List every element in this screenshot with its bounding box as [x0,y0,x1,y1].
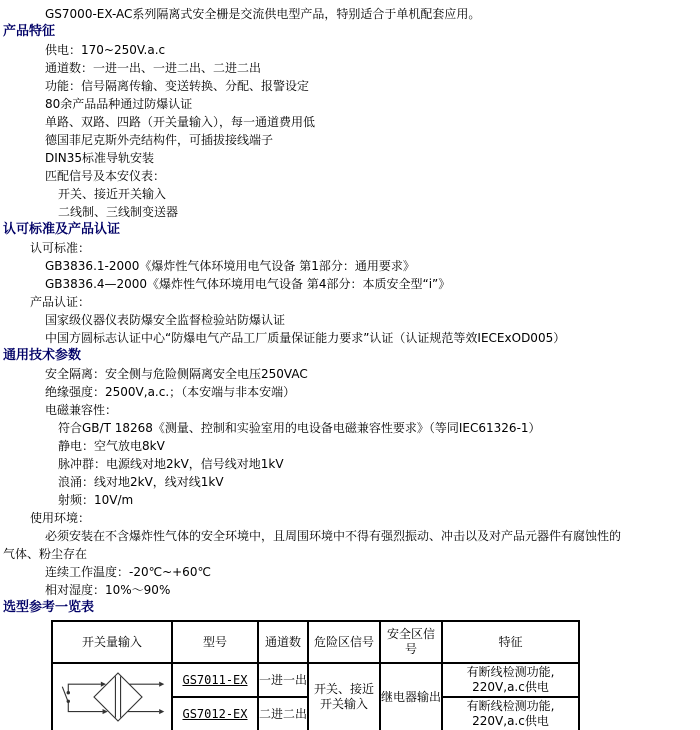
table-cell-safe-signal: 继电器输出 [380,663,442,730]
table-cell-feature: 有断线检测功能, 220V,a.c供电 [442,697,579,730]
table-cell-feature: 有断线检测功能, 220V,a.c供电 [442,663,579,697]
col-header-model: 型号 [172,621,258,663]
document-body: GS7000-EX-AC系列隔离式安全栅是交流供电型产品，特别适合于单机配套应用… [0,5,700,617]
doc-line: GB3836.1-2000《爆炸性气体环境用电气设备 第1部分：通用要求》 [0,257,700,275]
table-cell-channels: 一进一出 [258,663,308,697]
product-doc: GS7000-EX-AC系列隔离式安全栅是交流供电型产品，特别适合于单机配套应用… [0,0,700,730]
table-row: GS7011-EX 一进一出 开关、接近开关输入 继电器输出 有断线检测功能, … [52,663,579,697]
doc-line: 功能：信号隔离传输、变送转换、分配、报警设定 [0,77,700,95]
doc-line: 开关、接近开关输入 [0,185,700,203]
model-link[interactable]: GS7012-EX [172,697,258,730]
doc-line: 国家级仪器仪表防爆安全监督检验站防爆认证 [0,311,700,329]
col-header-hazard-signal: 危险区信号 [308,621,380,663]
section-heading: 认可标准及产品认证 [0,221,700,239]
table-cell-channels: 二进二出 [258,697,308,730]
doc-line: 脉冲群：电源线对地2kV，信号线对地1kV [0,455,700,473]
doc-line: 符合GB/T 18268《测量、控制和实验室用的电设备电磁兼容性要求》（等同IE… [0,419,700,437]
doc-line: 安全隔离：安全侧与危险侧隔离安全电压250VAC [0,365,700,383]
arrowhead-icon [159,682,164,687]
col-header-safe-signal: 安全区信号 [380,621,442,663]
arrowhead-icon [159,709,164,714]
input-line-bottom [68,701,102,711]
doc-line: 通道数：一进一出、一进二出、二进二出 [0,59,700,77]
col-header-channels: 通道数 [258,621,308,663]
doc-line: GB3836.4—2000《爆炸性气体环境用电气设备 第4部分：本质安全型“i”… [0,275,700,293]
isolation-diamond [94,673,142,721]
col-header-switch-input: 开关量输入 [52,621,172,663]
section-heading: 通用技术参数 [0,347,700,365]
doc-line: 连续工作温度：-20℃~+60℃ [0,563,700,581]
input-line-top [68,684,101,693]
doc-line: 使用环境： [0,509,700,527]
col-header-feature: 特征 [442,621,579,663]
switch-contact-icon [62,687,70,703]
section-heading: 选型参考一览表 [0,599,700,617]
doc-line: 绝缘强度：2500V,a.c.；（本安端与非本安端） [0,383,700,401]
doc-line: GS7000-EX-AC系列隔离式安全栅是交流供电型产品，特别适合于单机配套应用… [0,5,700,23]
section-heading: 产品特征 [0,23,700,41]
doc-line: 射频：10V/m [0,491,700,509]
table-cell-hazard-signal: 开关、接近开关输入 [308,663,380,730]
doc-line: 中国方圆标志认证中心“防爆电气产品工厂质量保证能力要求”认证（认证规范等效IEC… [0,329,700,347]
doc-line: 80余产品品种通过防爆认证 [0,95,700,113]
doc-line: 二线制、三线制变送器 [0,203,700,221]
doc-line: 认可标准： [0,239,700,257]
doc-line: 供电：170~250V.a.c [0,41,700,59]
doc-line: DIN35标准导轨安装 [0,149,700,167]
doc-line: 浪涌：线对地2kV，线对线1kV [0,473,700,491]
doc-line: 德国菲尼克斯外壳结构件，可插拔接线端子 [0,131,700,149]
table-header-row: 开关量输入 型号 通道数 危险区信号 安全区信号 特征 [52,621,579,663]
doc-line: 产品认证： [0,293,700,311]
barrier-diagram [55,667,169,727]
doc-line: 相对湿度：10%～90% [0,581,700,599]
doc-line: 静电：空气放电8kV [0,437,700,455]
model-link[interactable]: GS7011-EX [172,663,258,697]
doc-paragraph: 必须安装在不含爆炸性气体的安全环境中，且周围环境中不得有强烈振动、冲击以及对产品… [0,527,630,563]
diagram-cell [52,663,172,730]
doc-line: 电磁兼容性： [0,401,700,419]
doc-line: 单路、双路、四路（开关量输入），每一通道费用低 [0,113,700,131]
selection-table: 开关量输入 型号 通道数 危险区信号 安全区信号 特征 [51,620,580,730]
doc-line: 匹配信号及本安仪表： [0,167,700,185]
